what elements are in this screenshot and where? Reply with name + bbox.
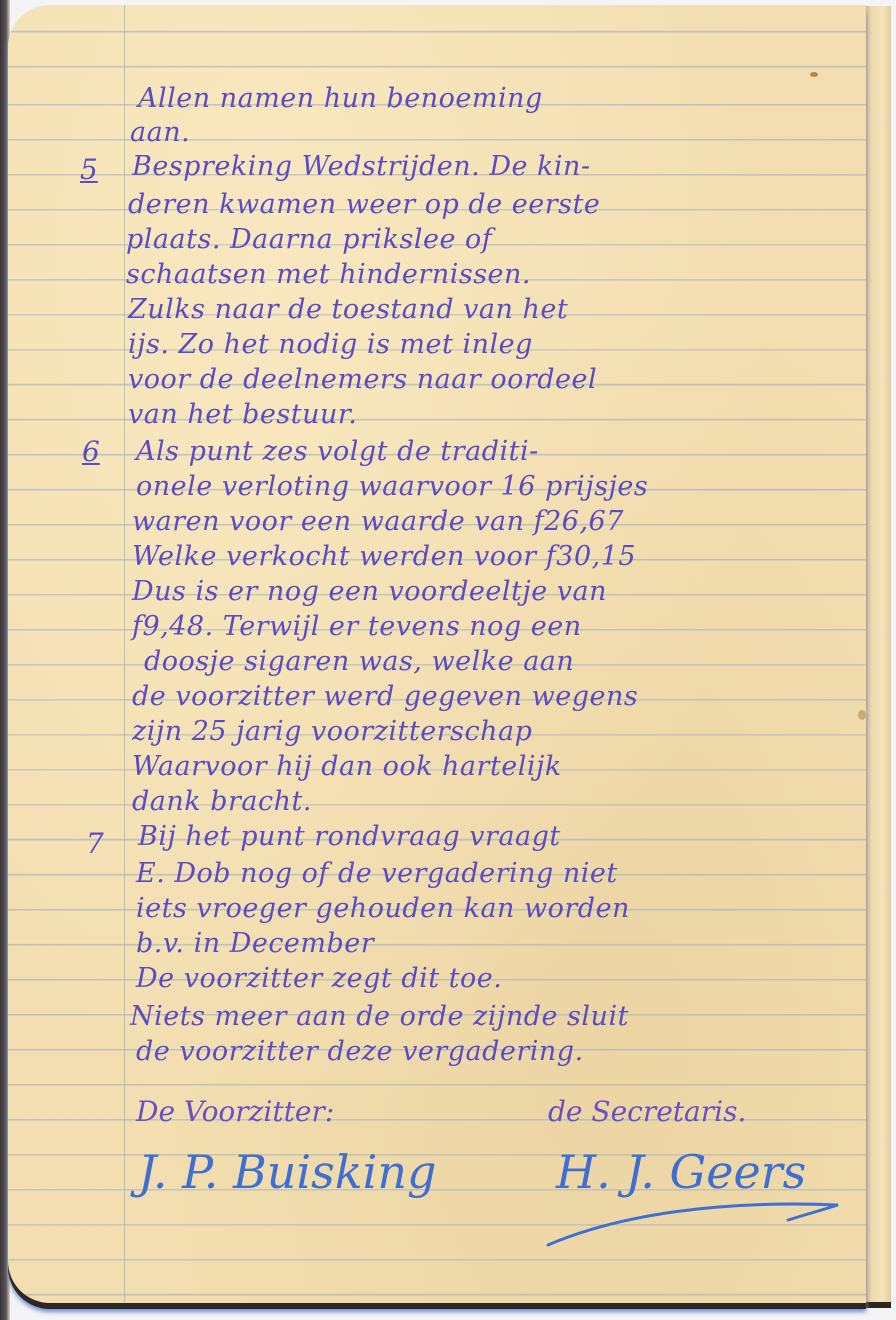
- text-line: waren voor een waarde van f26,67: [132, 505, 624, 539]
- text-line: Bij het punt rondvraag vraagt: [138, 820, 561, 854]
- text-line: plaats. Daarna prikslee of: [126, 223, 492, 257]
- text-line: van het bestuur.: [128, 398, 357, 432]
- chairman-label: De Voorzitter:: [136, 1095, 334, 1128]
- text-line: Allen namen hun benoeming: [138, 82, 543, 116]
- text-line: voor de deelnemers naar oordeel: [128, 363, 597, 397]
- text-line: zijn 25 jarig voorzitterschap: [132, 715, 532, 749]
- scanned-notebook-page: Allen namen hun benoeming aan. 5 Besprek…: [0, 0, 896, 1320]
- text-line: aan.: [130, 116, 190, 150]
- signature-flourish-icon: [538, 1195, 858, 1255]
- item-number-5: 5: [80, 153, 98, 186]
- text-line: doosje sigaren was, welke aan: [144, 645, 574, 679]
- text-line: Welke verkocht werden voor f30,15: [132, 540, 636, 574]
- text-line: dank bracht.: [132, 785, 312, 819]
- text-line: ijs. Zo het nodig is met inleg: [128, 328, 533, 362]
- text-line: Zulks naar de toestand van het: [128, 293, 568, 327]
- text-line: b.v. in December: [136, 927, 374, 961]
- chairman-signature: J. P. Buisking: [138, 1145, 436, 1199]
- text-line: de voorzitter deze vergadering.: [136, 1035, 584, 1069]
- text-line: schaatsen met hindernissen.: [126, 258, 531, 292]
- item-number-6: 6: [82, 435, 100, 468]
- text-line: Niets meer aan de orde zijnde sluit: [130, 1000, 629, 1034]
- text-line: De voorzitter zegt dit toe.: [136, 962, 502, 996]
- text-line: Waarvoor hij dan ook hartelijk: [132, 750, 562, 784]
- text-line: iets vroeger gehouden kan worden: [136, 892, 630, 926]
- paper-page: Allen namen hun benoeming aan. 5 Besprek…: [8, 5, 866, 1303]
- text-line: Als punt zes volgt de traditi-: [136, 435, 539, 469]
- text-line: E. Dob nog of de vergadering niet: [136, 857, 618, 891]
- item-number-7: 7: [86, 827, 104, 860]
- text-line: f9,48. Terwijl er tevens nog een: [132, 610, 582, 644]
- text-line: deren kwamen weer op de eerste: [128, 188, 600, 222]
- text-line: Dus is er nog een voordeeltje van: [132, 575, 607, 609]
- page-fold-strip: [864, 6, 891, 1302]
- text-line: de voorzitter werd gegeven wegens: [132, 680, 638, 714]
- text-line: Bespreking Wedstrijden. De kin-: [132, 150, 591, 184]
- text-line: onele verloting waarvoor 16 prijsjes: [136, 470, 648, 504]
- secretary-signature: H. J. Geers: [556, 1145, 806, 1199]
- secretary-label: de Secretaris.: [548, 1095, 746, 1128]
